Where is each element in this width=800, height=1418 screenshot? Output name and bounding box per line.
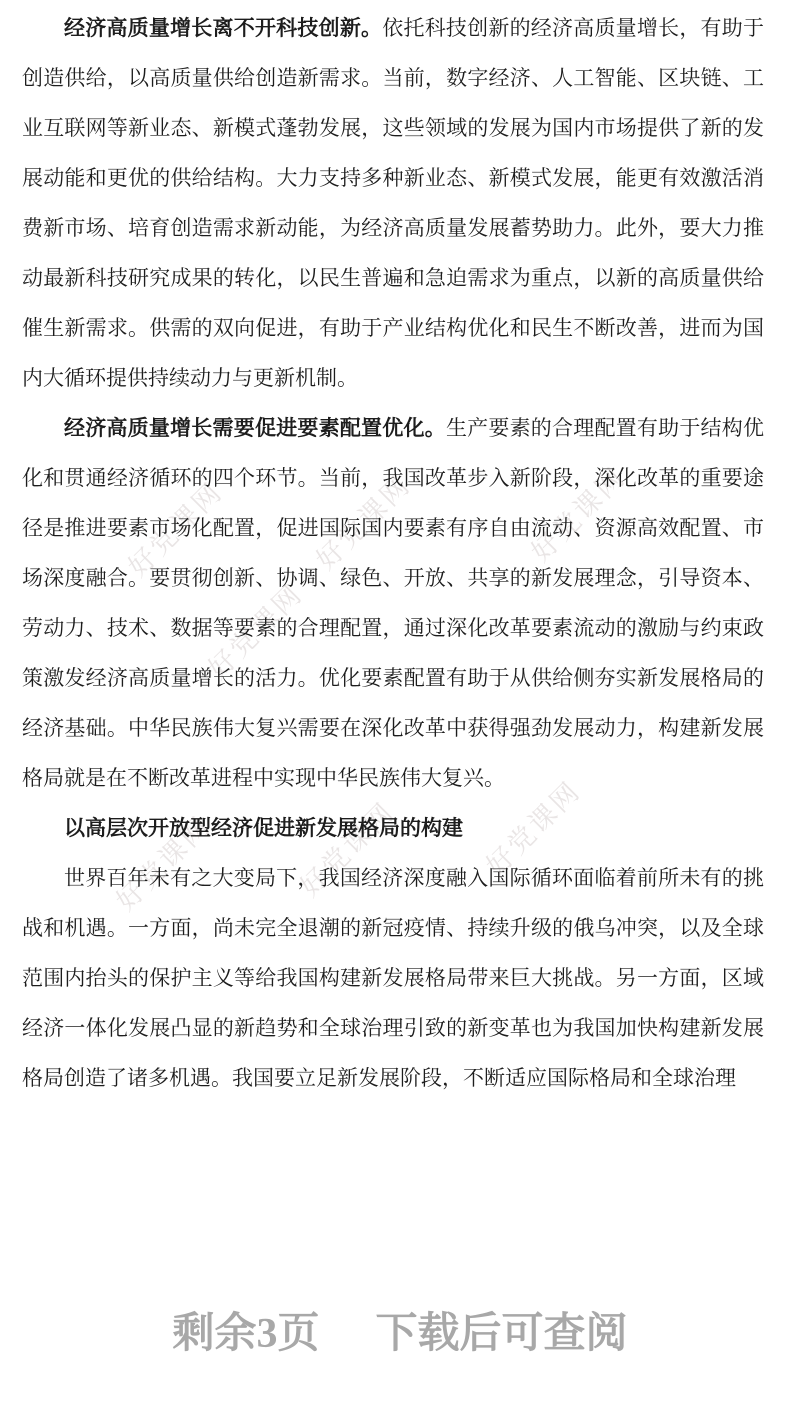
remaining-pages-notice: 剩余3页下载后可查阅 (0, 1306, 800, 1362)
paragraph-lead: 经济高质量增长离不开科技创新。 (64, 17, 382, 40)
paragraph: 经济高质量增长离不开科技创新。依托科技创新的经济高质量增长，有助于创造供给，以高… (22, 4, 764, 404)
paragraph-body: 生产要素的合理配置有助于结构优化和贯通经济循环的四个环节。当前，我国改革步入新阶… (22, 417, 764, 790)
document-page: 好党课网好党课网好党课网好党课网好党课网好党课网好党课网 经济高质量增长离不开科… (0, 0, 800, 1418)
pages-remaining-label: 剩余3页 (172, 1311, 319, 1357)
paragraph: 经济高质量增长需要促进要素配置优化。生产要素的合理配置有助于结构优化和贯通经济循… (22, 404, 764, 804)
download-hint-label: 下载后可查阅 (376, 1311, 628, 1357)
paragraph-body: 依托科技创新的经济高质量增长，有助于创造供给，以高质量供给创造新需求。当前，数字… (22, 17, 764, 390)
paragraph-lead: 经济高质量增长需要促进要素配置优化。 (64, 417, 446, 440)
section-heading: 以高层次开放型经济促进新发展格局的构建 (22, 804, 764, 854)
paragraph: 世界百年未有之大变局下，我国经济深度融入国际循环面临着前所未有的挑战和机遇。一方… (22, 854, 764, 1104)
document-content: 经济高质量增长离不开科技创新。依托科技创新的经济高质量增长，有助于创造供给，以高… (0, 0, 800, 1104)
